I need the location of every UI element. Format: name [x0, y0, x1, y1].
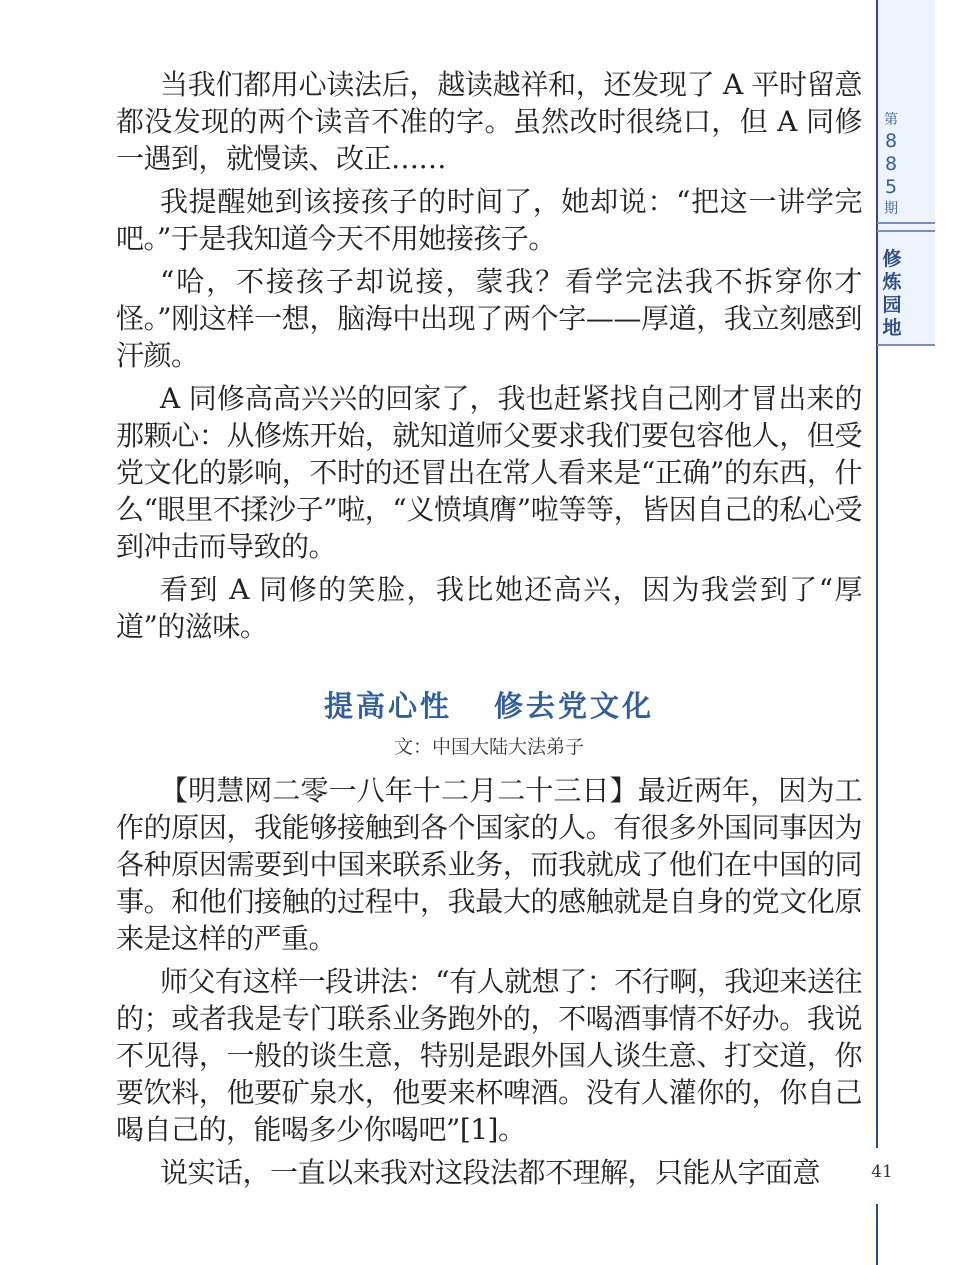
issue-suffix: 期 — [877, 199, 905, 219]
article-body: 【明慧网二零一八年十二月二十三日】最近两年，因为工作的原因，我能够接触到各个国家… — [116, 772, 862, 1197]
article-continued-body: 当我们都用心读法后，越读越祥和，还发现了 A 平时留意都没发现的两个读音不准的字… — [116, 66, 862, 651]
issue-number: 第 8 8 5 期 — [877, 110, 905, 219]
paragraph: 看到 A 同修的笑脸，我比她还高兴，因为我尝到了“厚道”的滋味。 — [116, 571, 862, 645]
page-number: 41 — [870, 1162, 894, 1182]
issue-digit: 8 — [877, 130, 905, 153]
issue-digit: 8 — [877, 153, 905, 176]
issue-digit: 5 — [877, 176, 905, 199]
byline: 文：中国大陆大法弟子 — [116, 732, 862, 759]
paragraph: 说实话，一直以来我对这段法都不理解，只能从字面意 — [116, 1154, 862, 1191]
paragraph: 师父有这样一段讲法：“有人就想了：不行啊，我迎来送往的；或者我是专门联系业务跑外… — [116, 963, 862, 1148]
title-part: 提高心性 — [324, 689, 452, 723]
section-char: 炼 — [879, 271, 905, 294]
paragraph: 当我们都用心读法后，越读越祥和，还发现了 A 平时留意都没发现的两个读音不准的字… — [116, 66, 862, 177]
article-title: 提高心性修去党文化 — [116, 684, 862, 725]
issue-prefix: 第 — [877, 110, 905, 130]
paragraph: A 同修高高兴兴的回家了，我也赶紧找自己刚才冒出来的那颗心：从修炼开始，就知道师… — [116, 380, 862, 565]
paragraph: 我提醒她到该接孩子的时间了，她却说：“把这一讲学完吧。”于是我知道今天不用她接孩… — [116, 183, 862, 257]
section-label: 修 炼 园 地 — [879, 248, 905, 340]
divider — [877, 230, 935, 232]
paragraph: “哈，不接孩子却说接，蒙我？看学完法我不拆穿你才怪。”刚这样一想，脑海中出现了两… — [116, 263, 862, 374]
divider — [877, 344, 935, 346]
margin-rule-bottom — [876, 1204, 878, 1265]
section-char: 修 — [879, 248, 905, 271]
paragraph: 【明慧网二零一八年十二月二十三日】最近两年，因为工作的原因，我能够接触到各个国家… — [116, 772, 862, 957]
magazine-page: 第 8 8 5 期 修 炼 园 地 当我们都用心读法后，越读越祥和，还发现了 A… — [0, 0, 978, 1265]
divider — [877, 222, 935, 224]
section-char: 园 — [879, 294, 905, 317]
section-char: 地 — [879, 317, 905, 340]
title-part: 修去党文化 — [494, 689, 654, 723]
